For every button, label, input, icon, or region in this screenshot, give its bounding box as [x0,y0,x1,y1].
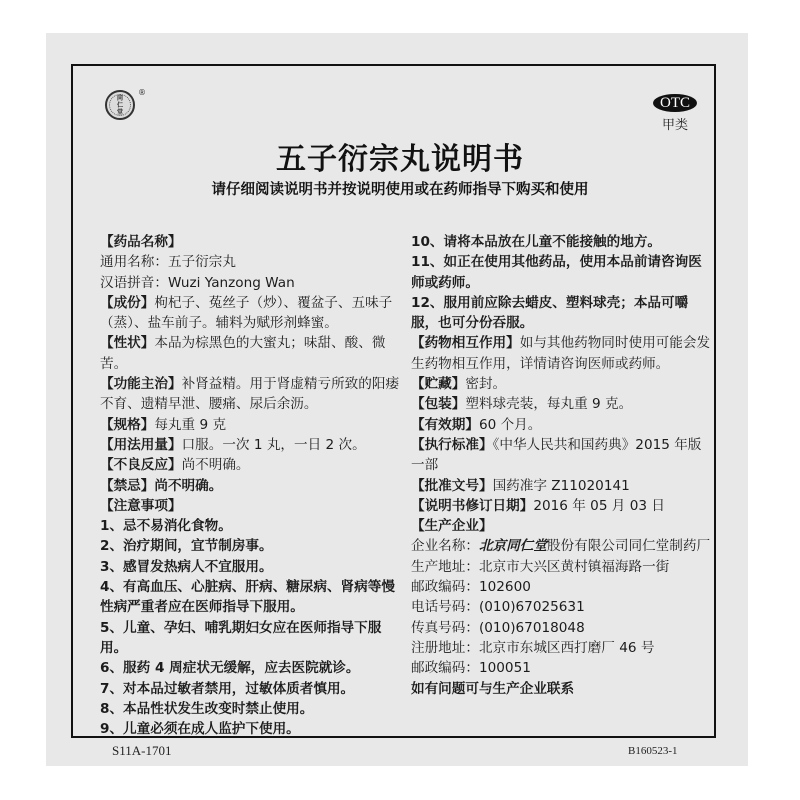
pinyin-row: 汉语拼音：Wuzi Yanzong Wan [100,273,405,293]
value: 五子衍宗丸 [168,254,236,270]
section-dosage: 【用法用量】口服。一次 1 丸，一日 2 次。 [100,435,405,455]
heading: 【有效期】 [411,417,479,433]
value: 尚不明确。 [182,457,250,473]
precaution-item: 5、儿童、孕妇、哺乳期妇女应在医师指导下服用。 [100,618,405,659]
label: 传真号码： [411,620,479,636]
company-row: 企业名称：北京同仁堂股份有限公司同仁堂制药厂 [411,536,711,556]
document-title: 五子衍宗丸说明书 [0,134,800,178]
section-contraindications: 【禁忌】尚不明确。 [100,476,405,496]
otc-category: 甲类 [655,114,695,133]
section-manufacturer: 【生产企业】 [411,516,711,536]
reg-postcode-row: 邮政编码：100051 [411,658,711,678]
heading: 【成份】 [100,295,154,311]
section-validity: 【有效期】60 个月。 [411,415,711,435]
tongrentang-logo-icon: 同 仁 堂 [105,90,135,120]
precaution-item: 7、对本品过敏者禁用，过敏体质者慎用。 [100,679,405,699]
section-approval: 【批准文号】国药准字 Z11020141 [411,476,711,496]
footer-code-left: S11A-1701 [112,743,171,759]
value: (010)67025631 [479,599,585,615]
value: 北京市东城区西打磨厂 46 号 [479,640,654,656]
precaution-item: 11、如正在使用其他药品，使用本品前请咨询医师或药师。 [411,252,711,293]
section-indications: 【功能主治】补肾益精。用于肾虚精亏所致的阳痿不育、遗精早泄、腰痛、尿后余沥。 [100,374,405,415]
heading: 【不良反应】 [100,457,182,473]
label: 注册地址： [411,640,479,656]
heading: 【贮藏】 [411,376,465,392]
registered-mark: ® [138,88,146,97]
label: 通用名称： [100,254,168,270]
generic-name-row: 通用名称：五子衍宗丸 [100,252,405,272]
section-interactions: 【药物相互作用】如与其他药物同时使用可能会发生药物相互作用，详情请咨询医师或药师… [411,333,711,374]
label: 汉语拼音： [100,275,168,291]
precaution-item: 3、感冒发热病人不宜服用。 [100,557,405,577]
heading: 【批准文号】 [411,478,493,494]
heading: 【性状】 [100,335,154,351]
value: Wuzi Yanzong Wan [168,275,295,291]
heading: 【执行标准】 [411,437,493,453]
otc-badge: OTC [653,94,697,112]
value: (010)67018048 [479,620,585,636]
address-row: 生产地址：北京市大兴区黄村镇福海路一街 [411,557,711,577]
section-precautions: 【注意事项】 [100,496,405,516]
value: 口服。一次 1 丸，一日 2 次。 [182,437,366,453]
section-ingredients: 【成份】枸杞子、菟丝子（炒）、覆盆子、五味子（蒸）、盐车前子。辅料为赋形剂蜂蜜。 [100,293,405,334]
precaution-item: 4、有高血压、心脏病、肝病、糖尿病、肾病等慢性病严重者应在医师指导下服用。 [100,577,405,618]
heading: 【药物相互作用】 [411,335,520,351]
label: 邮政编码： [411,579,479,595]
section-packaging: 【包装】塑料球壳装，每丸重 9 克。 [411,394,711,414]
label: 电话号码： [411,599,479,615]
precaution-item: 1、忌不易消化食物。 [100,516,405,536]
section-revision-date: 【说明书修订日期】2016 年 05 月 03 日 [411,496,711,516]
contact-note: 如有问题可与生产企业联系 [411,679,711,699]
value: 股份有限公司同仁堂制药厂 [547,538,710,554]
precaution-item: 9、儿童必须在成人监护下使用。 [100,719,405,739]
precaution-item: 6、服药 4 周症状无缓解，应去医院就诊。 [100,658,405,678]
value: 每丸重 9 克 [154,417,226,433]
section-description: 【性状】本品为棕黑色的大蜜丸；味甜、酸、微苦。 [100,333,405,374]
value: 北京市大兴区黄村镇福海路一街 [479,559,669,575]
value: 尚不明确。 [154,478,222,494]
fax-row: 传真号码：(010)67018048 [411,618,711,638]
logo-ring [109,94,131,116]
section-drug-name: 【药品名称】 [100,232,405,252]
heading: 【功能主治】 [100,376,182,392]
heading: 【说明书修订日期】 [411,498,533,514]
value: 102600 [479,579,531,595]
label: 生产地址： [411,559,479,575]
footer-code-right: B160523-1 [628,745,678,757]
precaution-item: 8、本品性状发生改变时禁止使用。 [100,699,405,719]
value: 60 个月。 [479,417,541,433]
value: 2016 年 05 月 03 日 [533,498,665,514]
right-column: 10、请将本品放在儿童不能接触的地方。 11、如正在使用其他药品，使用本品前请咨… [411,232,711,699]
heading: 【规格】 [100,417,154,433]
value: 100051 [479,660,531,676]
label: 企业名称： [411,538,479,554]
postcode-row: 邮政编码：102600 [411,577,711,597]
reg-address-row: 注册地址：北京市东城区西打磨厂 46 号 [411,638,711,658]
heading: 【禁忌】 [100,478,154,494]
phone-row: 电话号码：(010)67025631 [411,597,711,617]
section-storage: 【贮藏】密封。 [411,374,711,394]
heading: 【包装】 [411,396,465,412]
left-column: 【药品名称】 通用名称：五子衍宗丸 汉语拼音：Wuzi Yanzong Wan … [100,232,405,739]
section-standard: 【执行标准】《中华人民共和国药典》2015 年版一部 [411,435,711,476]
section-specification: 【规格】每丸重 9 克 [100,415,405,435]
precaution-item: 12、服用前应除去蜡皮、塑料球壳；本品可嚼服，也可分份吞服。 [411,293,711,334]
precaution-item: 2、治疗期间，宜节制房事。 [100,536,405,556]
document-subtitle: 请仔细阅读说明书并按说明使用或在药师指导下购买和使用 [0,178,800,199]
company-brand: 北京同仁堂 [479,538,547,554]
value: 密封。 [465,376,506,392]
value: 国药准字 Z11020141 [493,478,630,494]
label: 邮政编码： [411,660,479,676]
precaution-item: 10、请将本品放在儿童不能接触的地方。 [411,232,711,252]
value: 塑料球壳装，每丸重 9 克。 [465,396,632,412]
heading: 【用法用量】 [100,437,182,453]
section-adverse-reactions: 【不良反应】尚不明确。 [100,455,405,475]
